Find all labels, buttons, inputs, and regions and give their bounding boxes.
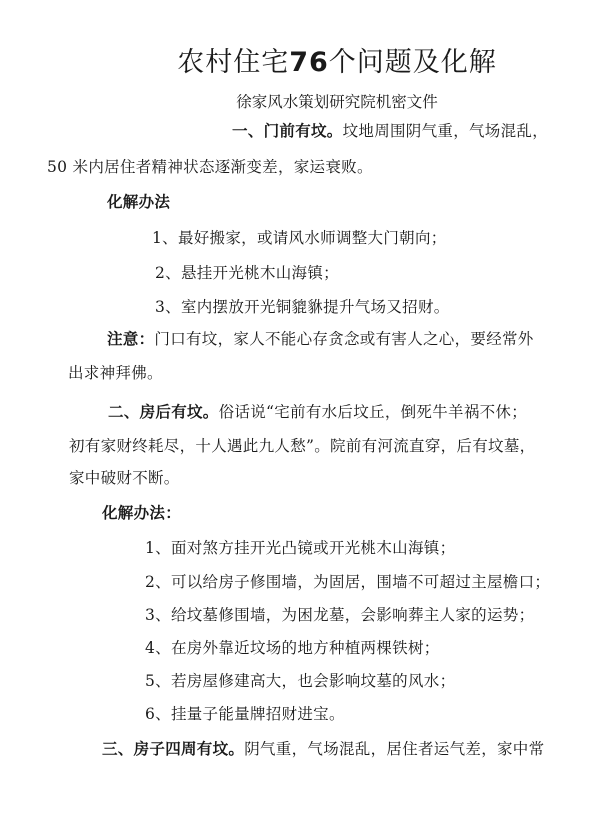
section-3-heading-line: 三、房子四周有坟。阴气重，气场混乱，居住者运气差，家中常 bbox=[102, 739, 544, 759]
document-title: 农村住宅76个问题及化解 bbox=[0, 46, 602, 80]
section-2-remedy-4: 4、在房外靠近坟场的地方种植两棵铁树； bbox=[145, 638, 440, 658]
section-1-intro-2: 50 米内居住者精神状态逐渐变差，家运衰败。 bbox=[47, 157, 373, 177]
title-prefix: 农村住宅 bbox=[177, 47, 289, 78]
title-number: 76 bbox=[289, 47, 329, 78]
section-1-remedy-1: 1、最好搬家，或请风水师调整大门朝向； bbox=[152, 228, 447, 248]
section-1-note-label: 注意： bbox=[107, 330, 154, 348]
section-1-remedy-3: 3、室内摆放开光铜貔貅提升气场又招财。 bbox=[155, 297, 450, 317]
title-suffix: 个问题及化解 bbox=[329, 47, 497, 78]
section-1-heading: 一、门前有坟。 bbox=[232, 122, 343, 140]
section-1-note-2: 出求神拜佛。 bbox=[68, 363, 163, 383]
section-1-note-line: 注意：门口有坟，家人不能心存贪念或有害人之心，要经常外 bbox=[107, 329, 534, 349]
document-page: 农村住宅76个问题及化解 徐家风水策划研究院机密文件 一、门前有坟。坟地周围阴气… bbox=[0, 0, 602, 819]
section-2-intro-1: 俗话说“宅前有水后坟丘，倒死牛羊祸不休； bbox=[219, 403, 527, 421]
section-2-intro-3: 家中破财不断。 bbox=[69, 468, 180, 488]
section-3-heading: 三、房子四周有坟。 bbox=[102, 740, 244, 758]
document-subtitle: 徐家风水策划研究院机密文件 bbox=[0, 91, 602, 113]
section-2-heading: 二、房后有坟。 bbox=[108, 403, 219, 421]
section-2-remedy-2: 2、可以给房子修围墙，为固居，围墙不可超过主屋檐口； bbox=[145, 572, 550, 592]
section-2-remedy-5: 5、若房屋修建高大，也会影响坟墓的风水； bbox=[145, 671, 455, 691]
section-2-remedy-3: 3、给坟墓修围墙，为困龙墓，会影响葬主人家的运势； bbox=[145, 605, 534, 625]
section-1-intro-1: 坟地周围阴气重，气场混乱， bbox=[343, 122, 548, 140]
section-2-remedy-6: 6、挂量子能量牌招财进宝。 bbox=[145, 704, 345, 724]
section-2-remedy-1: 1、面对煞方挂开光凸镜或开光桃木山海镇； bbox=[145, 538, 455, 558]
section-2-remedy-heading: 化解办法： bbox=[102, 503, 181, 523]
section-1-remedy-heading: 化解办法 bbox=[107, 192, 170, 212]
section-1-note-1: 门口有坟，家人不能心存贪念或有害人之心，要经常外 bbox=[154, 330, 533, 348]
section-1-heading-line: 一、门前有坟。坟地周围阴气重，气场混乱， bbox=[232, 121, 548, 141]
section-3-intro-1: 阴气重，气场混乱，居住者运气差，家中常 bbox=[244, 740, 544, 758]
section-2-intro-2: 初有家财终耗尽，十人遇此九人愁”。院前有河流直穿，后有坟墓， bbox=[69, 436, 535, 456]
section-1-remedy-2: 2、悬挂开光桃木山海镇； bbox=[155, 263, 339, 283]
section-2-heading-line: 二、房后有坟。俗话说“宅前有水后坟丘，倒死牛羊祸不休； bbox=[108, 402, 527, 422]
